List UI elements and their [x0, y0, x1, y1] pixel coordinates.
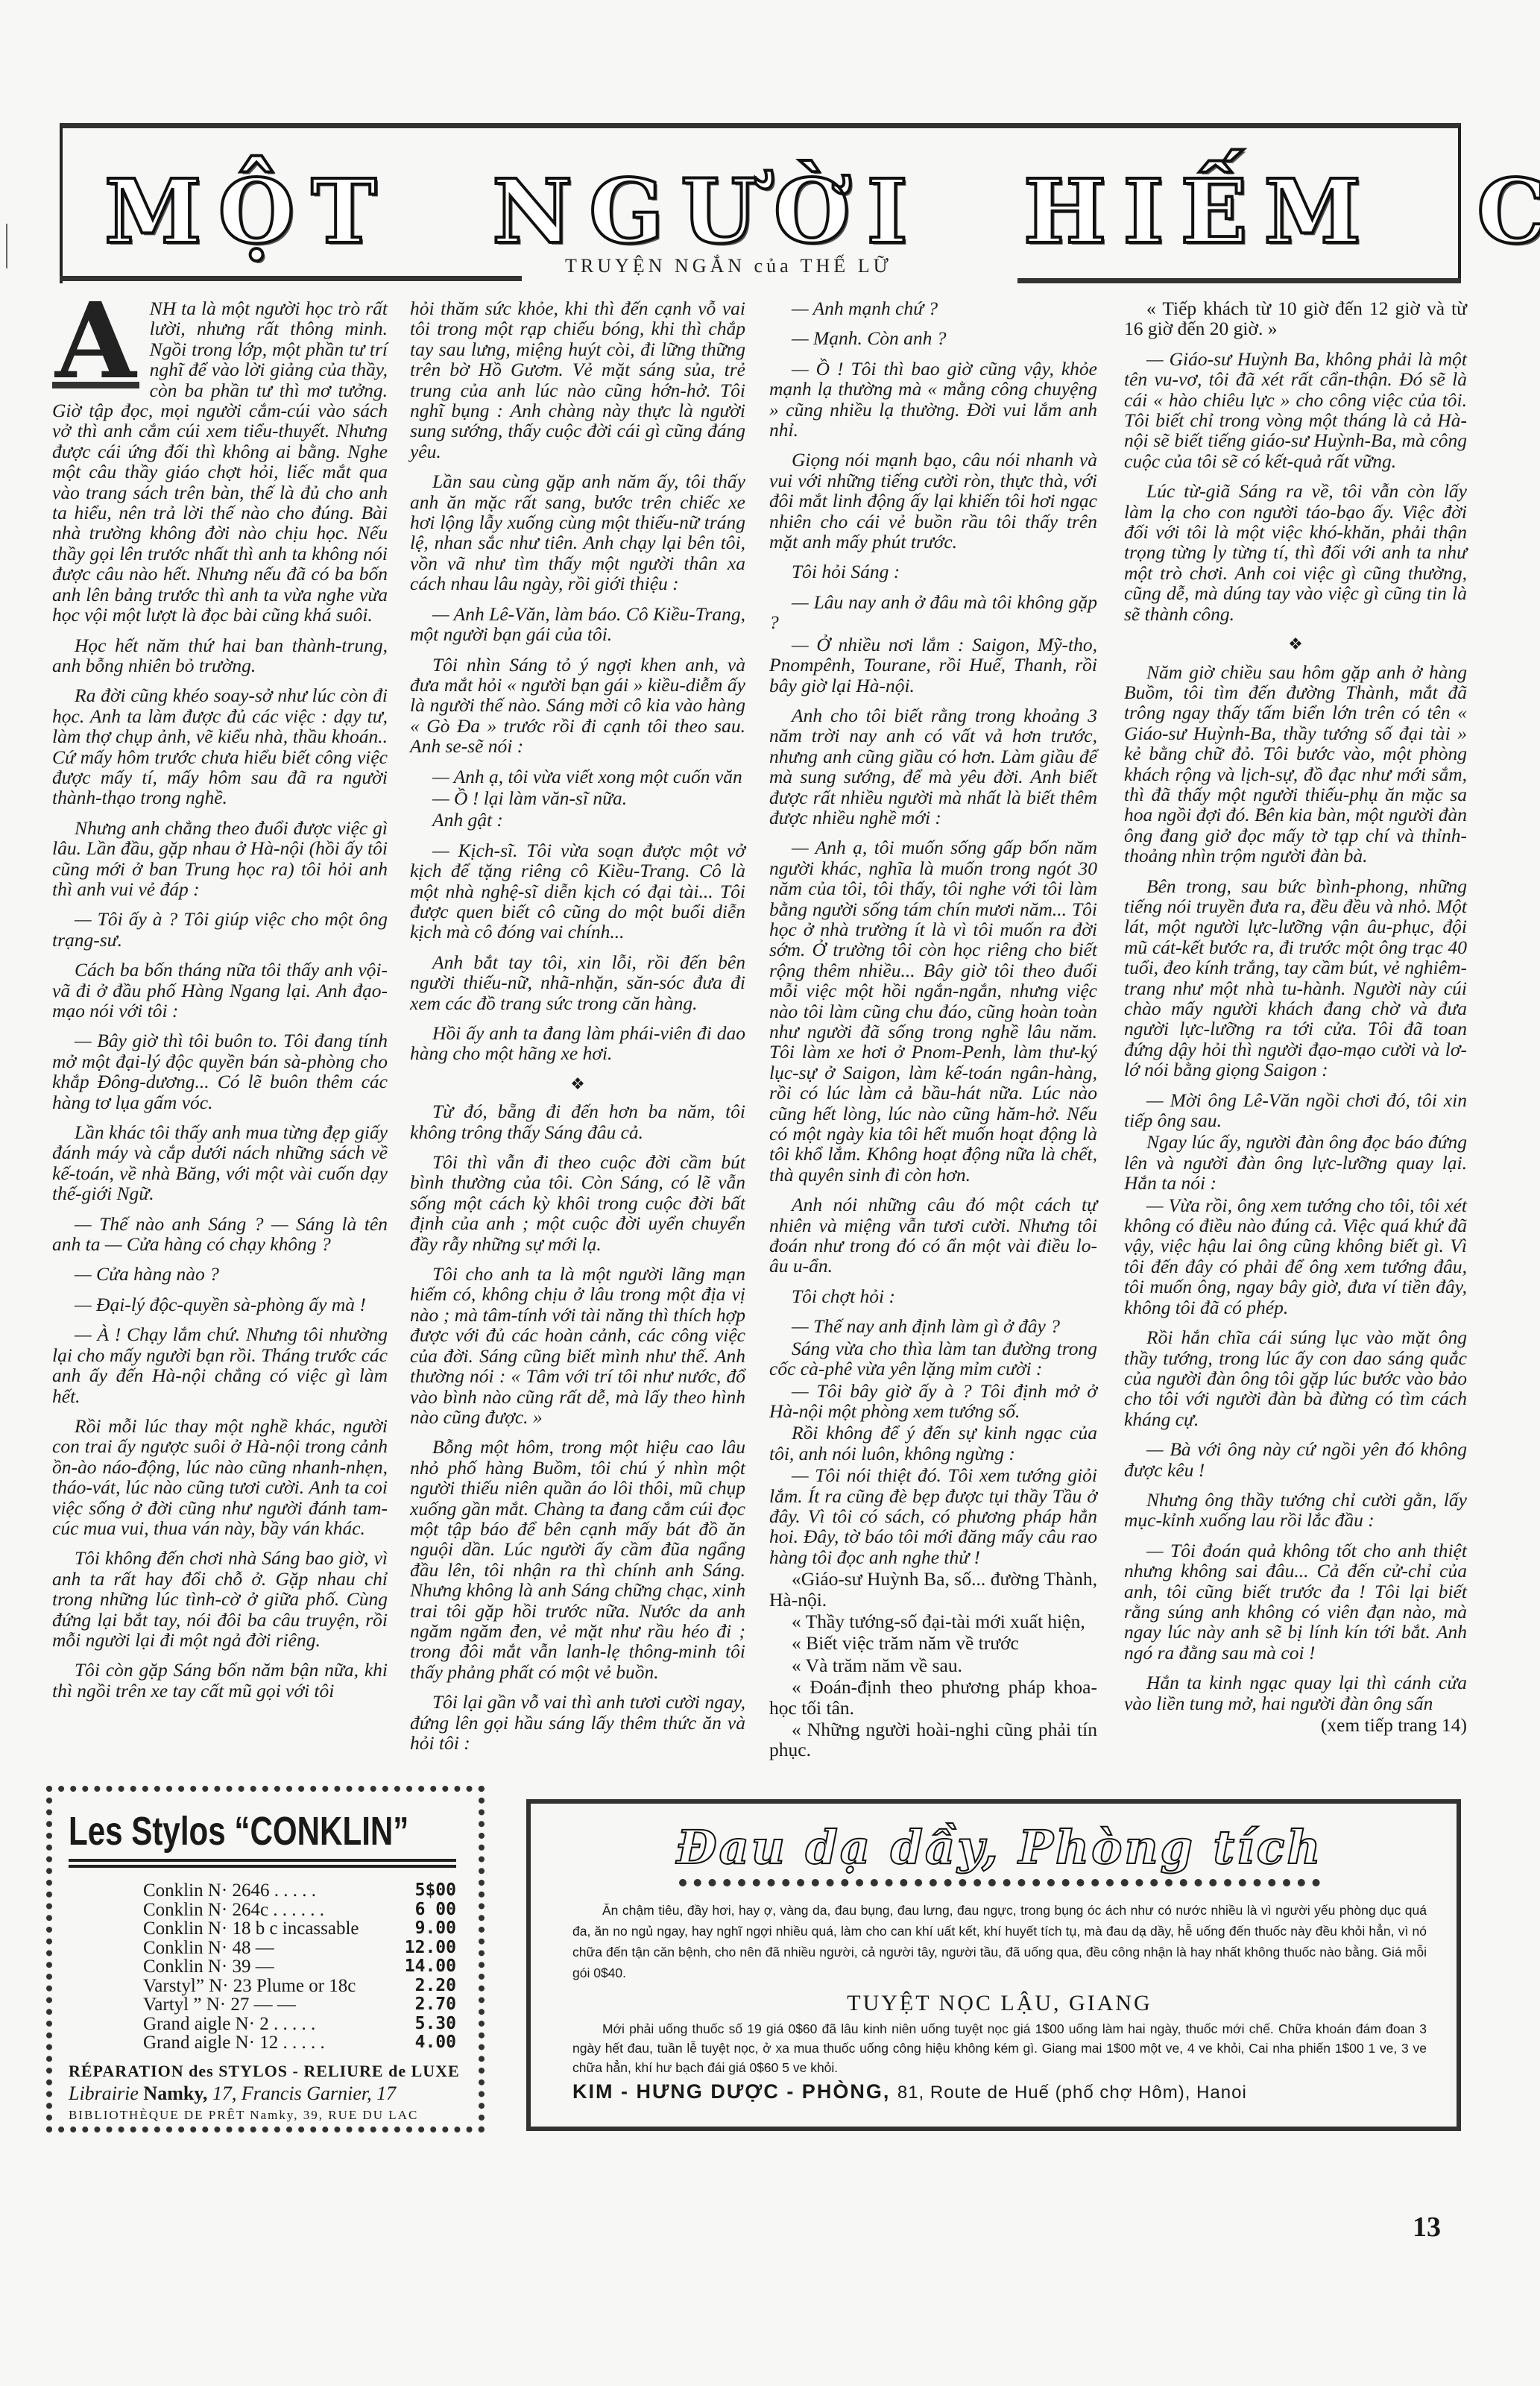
- paragraph: Tôi lại gần vỗ vai thì anh tươi cười nga…: [410, 1692, 745, 1753]
- paragraph: Anh nói những câu đó một cách tự nhiên v…: [769, 1194, 1097, 1277]
- paragraph: — Anh Lê-Văn, làm báo. Cô Kiều-Trang, mộ…: [410, 604, 745, 645]
- paragraph: Rồi mỗi lúc thay một nghề khác, người co…: [52, 1416, 388, 1538]
- ad-title: Đau dạ dầy, Phòng tích: [572, 1820, 1427, 1875]
- paragraph: — Vừa rồi, ông xem tướng cho tôi, tôi xé…: [1124, 1195, 1467, 1318]
- paragraph: Cách ba bốn tháng nữa tôi thấy anh vội-v…: [52, 960, 388, 1021]
- paragraph: — Thế nào anh Sáng ? — Sáng là tên anh t…: [52, 1214, 388, 1255]
- ad-body: Ăn chậm tiêu, đầy hơi, hay ợ, vàng da, đ…: [572, 1900, 1427, 1983]
- conklin-pen-ad: Les Stylos “CONKLIN” Conklin N· 2646 . .…: [46, 1786, 485, 2132]
- paragraph: Hắn ta kinh ngạc quay lại thì cánh cửa v…: [1124, 1672, 1467, 1713]
- dropcap: A: [52, 301, 139, 388]
- paragraph: Giọng nói mạnh bạo, câu nói nhanh và vui…: [769, 450, 1097, 552]
- article-title: MỘT NGƯỜI HIẾM CÓ: [104, 168, 1446, 256]
- paragraph: Tôi còn gặp Sáng bốn năm bận nữa, khi th…: [52, 1660, 388, 1701]
- price-row: Conklin N· 18 b c incassable9.00: [143, 1919, 456, 1939]
- margin-mark: [6, 224, 7, 268]
- price-row: Grand aigle N· 12 . . . . .4.00: [143, 2033, 456, 2053]
- price-row: Conklin N· 39 —14.00: [143, 1957, 456, 1977]
- ad-quote-line: « Đoán-định theo phương pháp khoa-học tố…: [769, 1677, 1097, 1718]
- paragraph: Tôi thì vẫn đi theo cuộc đời cầm bút bìn…: [410, 1152, 745, 1254]
- paragraph: Tôi hỏi Sáng :: [769, 561, 1097, 582]
- paragraph: — Giáo-sư Huỳnh Ba, không phải là một tê…: [1124, 349, 1467, 471]
- paragraph: Lần sau cùng gặp anh năm ấy, tôi thấy an…: [410, 471, 745, 594]
- repair-line: RÉPARATION des STYLOS - RELIURE de LUXE: [69, 2062, 464, 2081]
- paragraph: — Lâu nay anh ở đâu mà tôi không gặp ?: [769, 592, 1097, 633]
- medicine-ad: Đau dạ dầy, Phòng tích Ăn chậm tiêu, đầy…: [526, 1799, 1461, 2131]
- ad-body-2: Mới phải uống thuốc số 19 giá 0$60 đã lâ…: [572, 2019, 1427, 2077]
- title-rule-right: [1017, 278, 1461, 283]
- article-column-4: « Tiếp khách từ 10 giờ đến 12 giờ và từ …: [1124, 298, 1467, 1745]
- section-ornament-icon: ❖: [410, 1074, 745, 1094]
- paragraph: Anh gật :: [410, 810, 745, 830]
- ad-quote-line: « Biết việc trăm năm về trước: [769, 1633, 1097, 1653]
- article-column-2: hỏi thăm sức khỏe, khi thì đến cạnh vỗ v…: [410, 298, 745, 1763]
- paragraph: Ngay lúc ấy, người đàn ông đọc báo đứng …: [1124, 1132, 1467, 1193]
- paragraph: — Tôi ấy à ? Tôi giúp việc cho một ông t…: [52, 909, 388, 950]
- paragraph: Rồi không để ý đến sự kinh ngạc của tôi,…: [769, 1423, 1097, 1464]
- paragraph: — Ồ ! lại làm văn-sĩ nữa.: [410, 788, 745, 808]
- paragraph: — Tôi đoán quả không tốt cho anh thiệt n…: [1124, 1540, 1467, 1663]
- price-row: Vartyl ” N· 27 — —2.70: [143, 1995, 456, 2015]
- paragraph: — Mạnh. Còn anh ?: [769, 328, 1097, 348]
- paragraph: — Anh mạnh chứ ?: [769, 298, 1097, 318]
- paragraph: Tôi nhìn Sáng tỏ ý ngợi khen anh, và đưa…: [410, 655, 745, 757]
- page-number: 13: [1413, 2211, 1441, 2244]
- pharmacy-line: KIM - HƯNG DƯỢC - PHÒNG, 81, Route de Hu…: [572, 2080, 1427, 2103]
- paragraph: Năm giờ chiều sau hôm gặp anh ở hàng Buồ…: [1124, 662, 1467, 866]
- paragraph: Học hết năm thứ hai ban thành-trung, anh…: [52, 635, 388, 676]
- ad-rule: [69, 1859, 456, 1868]
- price-row: Varstyl” N· 23 Plume or 18c2.20: [143, 1977, 456, 1996]
- paragraph: Rồi hắn chĩa cái súng lục vào mặt ông th…: [1124, 1327, 1467, 1429]
- ad-quote-line: «Giáo-sư Huỳnh Ba, số... đường Thành, Hà…: [769, 1569, 1097, 1610]
- paragraph: Nhưng ông thầy tướng chỉ cười gằn, lấy m…: [1124, 1490, 1467, 1531]
- paragraph: — Tôi nói thiệt đó. Tôi xem tướng giỏi l…: [769, 1465, 1097, 1567]
- paragraph: — Thế nay anh định làm gì ở đây ?: [769, 1316, 1097, 1336]
- paragraph: — Kịch-sĩ. Tôi vừa soạn được một vở kịch…: [410, 840, 745, 942]
- paragraph: Từ đó, bẵng đi đến hơn ba năm, tôi không…: [410, 1101, 745, 1142]
- article-column-3: — Anh mạnh chứ ? — Mạnh. Còn anh ? — Ồ !…: [769, 298, 1097, 1762]
- paragraph: — Ồ ! Tôi thì bao giờ cũng vậy, khỏe mạn…: [769, 359, 1097, 441]
- paragraph: Tôi cho anh ta là một người lãng mạn hiế…: [410, 1264, 745, 1427]
- library-line: BIBLIOTHÈQUE DE PRÊT Namky, 39, RUE DU L…: [69, 2108, 464, 2123]
- paragraph: hỏi thăm sức khỏe, khi thì đến cạnh vỗ v…: [410, 298, 745, 462]
- ad-quote-line: « Thầy tướng-số đại-tài mới xuất hiện,: [769, 1611, 1097, 1631]
- paragraph: — Bây giờ thì tôi buôn to. Tôi đang tính…: [52, 1030, 388, 1112]
- paragraph: — Anh ạ, tôi muốn sống gấp bốn năm người…: [769, 837, 1097, 1185]
- paragraph: Bỗng một hôm, trong một hiệu cao lâu nhỏ…: [410, 1437, 745, 1682]
- paragraph: Tôi chợt hỏi :: [769, 1286, 1097, 1306]
- paragraph: ANH ta là một người học trò rất lười, nh…: [52, 298, 388, 626]
- price-row: Conklin N· 264c . . . . . .6 00: [143, 1901, 456, 1920]
- paragraph: — Cửa hàng nào ?: [52, 1264, 388, 1284]
- paragraph: Anh cho tôi biết rằng trong khoảng 3 năm…: [769, 705, 1097, 828]
- paragraph: Hồi ấy anh ta đang làm phái-viên đi dao …: [410, 1023, 745, 1064]
- paragraph: — À ! Chạy lắm chứ. Nhưng tôi nhường lại…: [52, 1324, 388, 1406]
- byline: TRUYỆN NGẮN của THẾ LỮ: [565, 255, 892, 277]
- ad-quote-line: « Những người hoài-nghi cũng phải tín ph…: [769, 1719, 1097, 1760]
- price-row: Conklin N· 48 —12.00: [143, 1939, 456, 1958]
- ad-subtitle: TUYỆT NỌC LẬU, GIANG: [572, 1991, 1427, 2016]
- article-column-1: ANH ta là một người học trò rất lười, nh…: [52, 298, 388, 1710]
- paragraph: — Anh ạ, tôi vừa viết xong một cuốn văn: [410, 767, 745, 787]
- paragraph: — Ở nhiều nơi lắm : Saigon, Mỹ-tho, Pnom…: [769, 635, 1097, 696]
- ad-quote-line: « Và trăm năm về sau.: [769, 1655, 1097, 1675]
- ad-dotted-rule: [679, 1879, 1320, 1886]
- paragraph: Nhưng anh chẳng theo đuổi được việc gì l…: [52, 818, 388, 900]
- paragraph: Tôi không đến chơi nhà Sáng bao giờ, vì …: [52, 1548, 388, 1650]
- paragraph: — Bà với ông này cứ ngồi yên đó không đư…: [1124, 1439, 1467, 1480]
- price-row: Grand aigle N· 2 . . . . .5.30: [143, 2015, 456, 2034]
- paragraph: — Đại-lý độc-quyền sà-phòng ấy mà !: [52, 1294, 388, 1315]
- ad-title: Les Stylos “CONKLIN”: [69, 1808, 376, 1854]
- continued-note: (xem tiếp trang 14): [1124, 1715, 1467, 1735]
- paragraph: Anh bắt tay tôi, xin lỗi, rồi đến bên ng…: [410, 952, 745, 1013]
- ad-quote-line: « Tiếp khách từ 10 giờ đến 12 giờ và từ …: [1124, 298, 1467, 339]
- paragraph: Bên trong, sau bức bình-phong, những tiế…: [1124, 876, 1467, 1080]
- shop-address: Librairie Namky, 17, Francis Garnier, 17: [69, 2083, 464, 2105]
- paragraph: — Tôi bây giờ ấy à ? Tôi định mở ở Hà-nộ…: [769, 1381, 1097, 1422]
- section-ornament-icon: ❖: [1124, 634, 1467, 654]
- paragraph: Ra đời cũng khéo soay-sở như lúc còn đi …: [52, 685, 388, 808]
- paragraph: — Mời ông Lê-Văn ngồi chơi đó, tôi xin t…: [1124, 1090, 1467, 1131]
- price-row: Conklin N· 2646 . . . . .5$00: [143, 1881, 456, 1901]
- paragraph: Sáng vừa cho thìa làm tan đường trong cố…: [769, 1338, 1097, 1379]
- paragraph: Lần khác tôi thấy anh mua từng đẹp giấy …: [52, 1122, 388, 1204]
- paragraph: Lúc từ-giã Sáng ra về, tôi vẫn còn lấy l…: [1124, 481, 1467, 624]
